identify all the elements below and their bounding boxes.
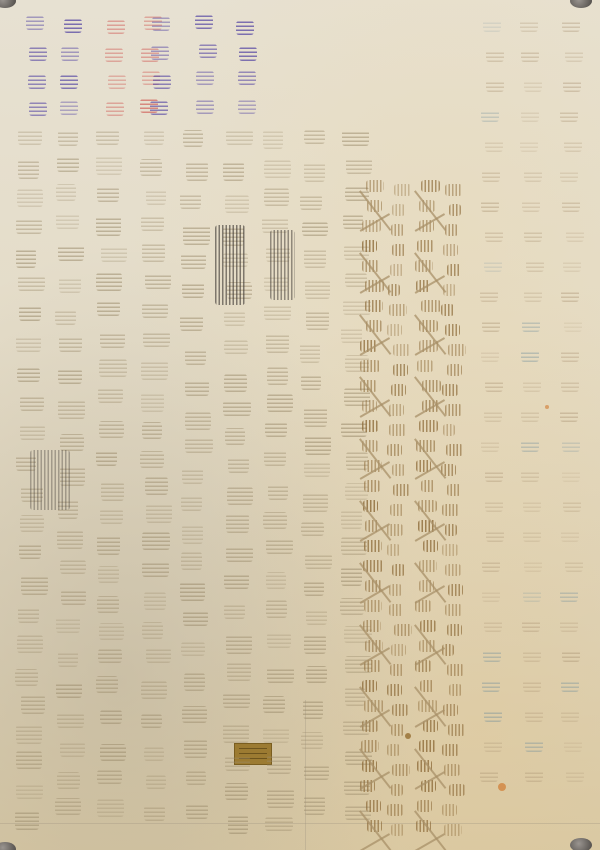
character-mark: [560, 110, 578, 122]
character-mark: [96, 450, 117, 466]
character-mark: [393, 484, 411, 496]
character-mark: [482, 560, 500, 572]
character-mark: [302, 222, 328, 236]
character-mark: [389, 604, 403, 616]
character-mark: [56, 617, 80, 633]
character-mark: [387, 744, 400, 756]
character-mark: [482, 680, 500, 692]
character-mark: [215, 225, 245, 305]
diagonal-slash: [359, 810, 391, 850]
character-mark: [225, 428, 246, 445]
character-mark: [106, 102, 124, 116]
character-mark: [485, 500, 503, 512]
character-mark: [561, 350, 579, 362]
character-mark: [238, 71, 256, 85]
character-mark: [565, 50, 583, 62]
character-mark: [525, 710, 543, 722]
character-mark: [223, 693, 250, 709]
character-mark: [482, 170, 500, 182]
character-mark: [98, 649, 122, 663]
character-mark: [484, 620, 502, 632]
character-mark: [421, 180, 440, 192]
character-mark: [58, 369, 81, 384]
character-mark: [96, 273, 122, 291]
character-mark: [186, 771, 206, 786]
character-mark: [442, 544, 458, 556]
character-mark: [263, 696, 285, 713]
character-mark: [446, 444, 463, 456]
character-mark: [366, 180, 384, 192]
character-mark: [419, 420, 438, 432]
character-mark: [525, 770, 543, 782]
character-mark: [525, 740, 543, 752]
character-mark: [185, 438, 213, 453]
character-mark: [305, 280, 329, 299]
character-mark: [364, 540, 381, 552]
character-mark: [58, 245, 84, 261]
character-mark: [107, 20, 125, 34]
character-mark: [392, 244, 407, 256]
character-mark: [266, 572, 286, 590]
character-mark: [447, 364, 462, 376]
character-mark: [306, 666, 327, 683]
character-mark: [392, 204, 404, 216]
character-mark: [443, 244, 458, 256]
character-mark: [560, 590, 578, 602]
character-mark: [29, 102, 47, 116]
character-mark: [17, 189, 43, 207]
character-mark: [268, 484, 288, 501]
character-mark: [301, 732, 323, 749]
character-mark: [524, 560, 542, 572]
character-mark: [449, 784, 466, 796]
character-mark: [305, 554, 331, 568]
character-mark: [524, 230, 542, 242]
stain: [405, 733, 411, 739]
character-mark: [108, 75, 126, 89]
character-mark: [266, 333, 288, 353]
character-mark: [561, 680, 579, 692]
character-mark: [225, 756, 250, 772]
character-mark: [417, 800, 432, 812]
character-mark: [301, 522, 324, 536]
character-mark: [485, 140, 503, 152]
character-mark: [144, 592, 167, 610]
character-mark: [481, 440, 499, 452]
character-mark: [421, 480, 435, 492]
character-mark: [16, 725, 42, 744]
character-mark: [524, 80, 542, 92]
character-mark: [140, 159, 162, 176]
character-mark: [486, 50, 504, 62]
character-mark: [423, 540, 438, 552]
character-mark: [61, 47, 79, 61]
character-mark: [387, 684, 403, 696]
character-mark: [182, 282, 204, 298]
character-mark: [146, 504, 172, 524]
character-mark: [270, 230, 295, 300]
character-mark: [483, 650, 501, 662]
character-mark: [443, 704, 458, 716]
character-mark: [184, 673, 206, 692]
character-mark: [483, 20, 501, 32]
character-mark: [566, 770, 584, 782]
character-mark: [442, 804, 457, 816]
pin-top-right: [570, 0, 592, 8]
character-mark: [183, 225, 209, 245]
character-mark: [16, 249, 36, 269]
character-mark: [181, 552, 202, 570]
character-mark: [98, 388, 123, 403]
character-mark: [55, 310, 76, 325]
character-mark: [225, 783, 248, 800]
character-mark: [182, 525, 203, 543]
character-mark: [389, 304, 407, 316]
character-mark: [521, 470, 539, 482]
character-mark: [341, 567, 362, 586]
character-mark: [304, 130, 325, 144]
character-mark: [362, 240, 377, 252]
character-mark: [449, 684, 462, 696]
character-mark: [523, 650, 541, 662]
character-mark: [223, 162, 244, 181]
character-mark: [305, 435, 331, 455]
character-mark: [99, 623, 124, 640]
character-mark: [484, 260, 502, 272]
character-mark: [186, 804, 208, 818]
character-mark: [196, 71, 214, 85]
character-mark: [146, 189, 167, 205]
character-mark: [304, 248, 326, 268]
character-mark: [480, 770, 498, 782]
character-mark: [28, 75, 46, 89]
character-mark: [16, 784, 43, 799]
character-mark: [447, 664, 464, 676]
character-mark: [145, 477, 168, 495]
character-mark: [56, 213, 80, 229]
character-mark: [142, 562, 168, 577]
character-mark: [64, 19, 82, 33]
character-mark: [267, 667, 294, 683]
character-mark: [99, 421, 123, 438]
character-mark: [181, 496, 202, 511]
character-mark: [562, 440, 580, 452]
character-mark: [391, 824, 404, 836]
character-mark: [97, 770, 122, 784]
character-mark: [60, 434, 83, 451]
character-mark: [420, 620, 436, 632]
character-mark: [57, 530, 83, 549]
character-mark: [445, 564, 461, 576]
character-mark: [448, 344, 466, 356]
character-mark: [481, 350, 499, 362]
character-mark: [56, 682, 82, 698]
character-mark: [236, 21, 254, 35]
character-mark: [306, 609, 327, 625]
character-mark: [196, 100, 214, 114]
character-mark: [141, 393, 165, 412]
character-mark: [485, 380, 503, 392]
character-mark: [152, 17, 170, 31]
character-mark: [29, 47, 47, 61]
character-mark: [144, 130, 164, 145]
character-mark: [304, 407, 327, 426]
character-mark: [151, 46, 169, 60]
character-mark: [60, 101, 78, 115]
character-mark: [524, 290, 542, 302]
character-mark: [522, 320, 540, 332]
character-mark: [343, 214, 363, 229]
character-mark: [389, 404, 404, 416]
character-mark: [100, 332, 126, 348]
character-mark: [19, 306, 41, 321]
character-mark: [442, 504, 459, 516]
character-mark: [199, 44, 217, 58]
character-mark: [266, 539, 294, 554]
character-mark: [18, 160, 39, 179]
character-mark: [564, 140, 582, 152]
character-mark: [522, 200, 540, 212]
character-mark: [523, 680, 541, 692]
character-mark: [61, 590, 86, 605]
character-mark: [267, 755, 291, 774]
character-mark: [180, 193, 201, 209]
character-mark: [480, 290, 498, 302]
character-mark: [522, 620, 540, 632]
character-mark: [143, 332, 170, 347]
character-mark: [181, 642, 205, 656]
character-mark: [304, 765, 329, 780]
character-mark: [304, 581, 325, 595]
character-mark: [562, 650, 580, 662]
character-mark: [195, 15, 213, 29]
character-mark: [57, 772, 80, 789]
character-mark: [146, 775, 166, 789]
character-mark: [265, 422, 287, 437]
character-mark: [100, 710, 121, 724]
character-mark: [223, 723, 249, 743]
character-mark: [560, 410, 578, 422]
character-mark: [449, 204, 461, 216]
character-mark: [445, 524, 457, 536]
character-mark: [387, 804, 403, 816]
character-mark: [141, 714, 162, 728]
character-mark: [142, 243, 164, 262]
character-mark: [144, 747, 164, 761]
character-mark: [100, 744, 126, 761]
character-mark: [306, 310, 329, 330]
character-mark: [224, 311, 245, 326]
character-mark: [304, 162, 326, 182]
character-mark: [264, 188, 289, 205]
character-mark: [304, 462, 330, 477]
character-mark: [561, 710, 579, 722]
character-mark: [389, 584, 402, 596]
character-mark: [101, 482, 125, 501]
character-mark: [387, 444, 402, 456]
character-mark: [523, 530, 541, 542]
character-mark: [392, 764, 410, 776]
character-mark: [223, 401, 251, 415]
stain: [498, 783, 506, 791]
character-mark: [486, 530, 504, 542]
character-mark: [97, 301, 120, 316]
character-mark: [391, 384, 406, 396]
character-mark: [561, 290, 579, 302]
character-mark: [18, 130, 42, 145]
character-mark: [485, 230, 503, 242]
character-mark: [18, 607, 38, 623]
character-mark: [360, 360, 380, 372]
character-mark: [267, 367, 288, 385]
character-mark: [394, 624, 412, 636]
character-mark: [389, 424, 405, 436]
character-mark: [58, 130, 78, 146]
character-mark: [561, 530, 579, 542]
character-mark: [445, 224, 458, 236]
character-mark: [387, 544, 400, 556]
character-mark: [265, 817, 293, 831]
character-mark: [182, 468, 203, 484]
character-mark: [448, 724, 465, 736]
character-mark: [342, 130, 368, 146]
character-mark: [523, 500, 541, 512]
character-mark: [142, 422, 162, 439]
character-mark: [239, 47, 257, 61]
character-mark: [96, 156, 122, 175]
character-mark: [362, 420, 378, 432]
character-mark: [182, 706, 207, 723]
character-mark: [150, 101, 168, 115]
character-mark: [183, 611, 208, 626]
character-mark: [145, 273, 170, 289]
character-mark: [303, 493, 327, 512]
character-mark: [392, 704, 409, 716]
character-mark: [141, 681, 167, 699]
character-mark: [524, 170, 542, 182]
character-mark: [267, 633, 290, 647]
character-mark: [520, 20, 538, 32]
character-mark: [16, 751, 42, 769]
character-mark: [60, 742, 85, 757]
character-mark: [96, 130, 119, 145]
character-mark: [97, 596, 119, 613]
character-mark: [263, 727, 289, 743]
character-mark: [417, 360, 433, 372]
character-mark: [57, 157, 79, 173]
character-mark: [264, 450, 286, 466]
character-mark: [60, 560, 86, 574]
character-mark: [448, 584, 464, 596]
character-mark: [15, 811, 39, 830]
character-mark: [362, 680, 377, 692]
character-mark: [361, 740, 379, 752]
character-mark: [183, 130, 203, 147]
character-mark: [523, 380, 541, 392]
character-mark: [267, 394, 292, 412]
pin-bottom-left: [0, 842, 16, 850]
character-mark: [521, 410, 539, 422]
character-mark: [186, 162, 208, 181]
character-mark: [264, 160, 292, 179]
character-mark: [140, 451, 164, 468]
character-mark: [19, 543, 40, 559]
character-mark: [238, 100, 256, 114]
character-mark: [58, 651, 78, 667]
character-mark: [421, 300, 441, 312]
character-mark: [17, 368, 40, 382]
fold-line: [0, 823, 600, 824]
character-mark: [16, 336, 40, 352]
character-mark: [224, 340, 249, 354]
character-mark: [561, 380, 579, 392]
character-mark: [96, 216, 121, 235]
character-mark: [20, 396, 44, 411]
character-mark: [97, 535, 120, 555]
character-mark: [300, 195, 322, 210]
character-mark: [441, 304, 453, 316]
character-mark: [562, 20, 580, 32]
character-mark: [99, 359, 127, 377]
character-mark: [20, 425, 45, 440]
character-mark: [523, 590, 541, 602]
character-mark: [566, 230, 584, 242]
character-mark: [419, 740, 437, 752]
character-mark: [226, 635, 252, 653]
character-mark: [391, 224, 404, 236]
character-mark: [526, 260, 544, 272]
character-mark: [224, 374, 247, 392]
paper-sheet: [0, 0, 600, 850]
stain: [545, 405, 549, 409]
character-mark: [141, 361, 167, 379]
character-mark: [60, 75, 78, 89]
character-mark: [30, 450, 70, 510]
character-mark: [442, 744, 459, 756]
character-mark: [364, 600, 381, 612]
character-mark: [98, 566, 118, 583]
character-mark: [393, 344, 410, 356]
character-mark: [96, 676, 118, 693]
character-mark: [59, 277, 81, 293]
character-mark: [486, 80, 504, 92]
character-mark: [560, 620, 578, 632]
character-mark: [226, 547, 253, 562]
character-mark: [144, 806, 165, 822]
character-mark: [345, 273, 367, 287]
character-mark: [142, 303, 168, 319]
character-mark: [142, 622, 163, 639]
character-mark: [444, 824, 462, 836]
character-mark: [521, 110, 539, 122]
character-mark: [392, 564, 405, 576]
character-mark: [484, 410, 502, 422]
character-mark: [393, 364, 407, 376]
character-mark: [447, 624, 462, 636]
character-mark: [420, 680, 434, 692]
character-mark: [304, 635, 326, 654]
character-mark: [224, 573, 249, 589]
pin-top-left: [0, 0, 16, 8]
character-mark: [341, 510, 361, 529]
character-mark: [105, 48, 123, 62]
character-mark: [563, 260, 581, 272]
character-mark: [20, 515, 44, 532]
character-mark: [56, 184, 76, 202]
character-mark: [301, 375, 321, 390]
character-mark: [304, 796, 325, 815]
character-mark: [444, 764, 460, 776]
